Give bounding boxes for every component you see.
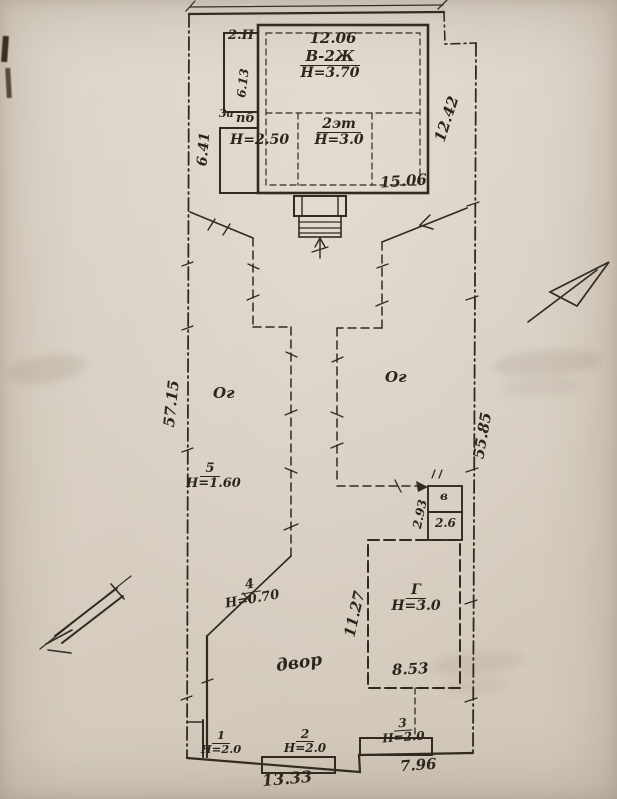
dim-building-bottom: 15.06 [380, 172, 428, 191]
porch-steps [294, 196, 346, 258]
structure-letter: Г [406, 583, 426, 599]
floor2-label: 2эт Н=3.0 [313, 117, 365, 148]
direction-arrow-ne-icon [528, 262, 609, 322]
annex-3a-label: 3а [219, 108, 234, 119]
right-fence [331, 208, 467, 492]
garden-left-label: Ог [213, 386, 235, 401]
dim-text: 15.06 [379, 170, 427, 191]
direction-arrow-sw-icon [40, 576, 131, 653]
vbox-label: в [440, 490, 448, 502]
room-text: 3а [219, 107, 234, 120]
structure-2-label: 2 Н=2.0 [282, 728, 328, 754]
garden-text: Ог [213, 384, 235, 402]
dim-top-width: 20.45 [290, 0, 380, 4]
floor-text: 2эт [317, 117, 361, 133]
dim-bottom-right: 7.96 [400, 757, 438, 775]
vbox-value: 2.6 [435, 517, 456, 529]
plan-linework [0, 0, 617, 799]
dim-text: 6.41 [194, 131, 213, 166]
building-height: Н=3.70 [297, 66, 363, 80]
dim-text: 20.45 [308, 0, 361, 5]
structure-number: 5 [200, 462, 219, 477]
room-text: пб [236, 111, 255, 126]
garden-text: Ог [385, 368, 407, 386]
dim-bottom-left: 13.33 [261, 769, 312, 790]
floor-height: Н=3.0 [313, 133, 365, 147]
annex-pb-label: пб [236, 112, 255, 125]
structure-number: 2 [296, 728, 314, 742]
scanned-site-plan: 20.45 2.П 12.06 В-2Ж Н=3.70 6.13 3а пб Н… [0, 0, 617, 799]
outbuilding-g [368, 540, 460, 734]
outbuilding-g-label: Г Н=3.0 [390, 583, 442, 614]
dim-annex-pb-height: 6.41 [195, 127, 213, 172]
structure-height: Н=3.0 [390, 599, 442, 613]
room-text: в [440, 489, 448, 503]
room-2p-label: 2.П [228, 29, 254, 42]
dim-text: 8.53 [392, 659, 429, 679]
main-building-label: В-2Ж Н=3.70 [297, 49, 363, 81]
room-text: 2.П [228, 28, 254, 43]
height-text: Н=2.50 [230, 132, 289, 148]
garden-right-label: Ог [385, 370, 407, 385]
dim-text: 2.6 [435, 516, 456, 530]
structure-height: Н=1.60 [186, 477, 234, 490]
structure-height: Н=2.0 [282, 742, 328, 754]
structure-3-label: 3 Н=2.0 [377, 715, 429, 745]
dim-g-width: 8.53 [392, 661, 429, 678]
annex-pb-height: Н=2.50 [230, 133, 289, 147]
dim-text: 7.96 [399, 755, 437, 776]
structure-height: Н=2.0 [200, 744, 242, 756]
structure-1-label: 1 Н=2.0 [200, 730, 242, 755]
building-code: В-2Ж [300, 49, 359, 66]
structure-5-label: 5 Н=1.60 [186, 462, 234, 491]
dim-text: 12.06 [310, 29, 357, 47]
dim-building-width: 12.06 [303, 31, 363, 46]
